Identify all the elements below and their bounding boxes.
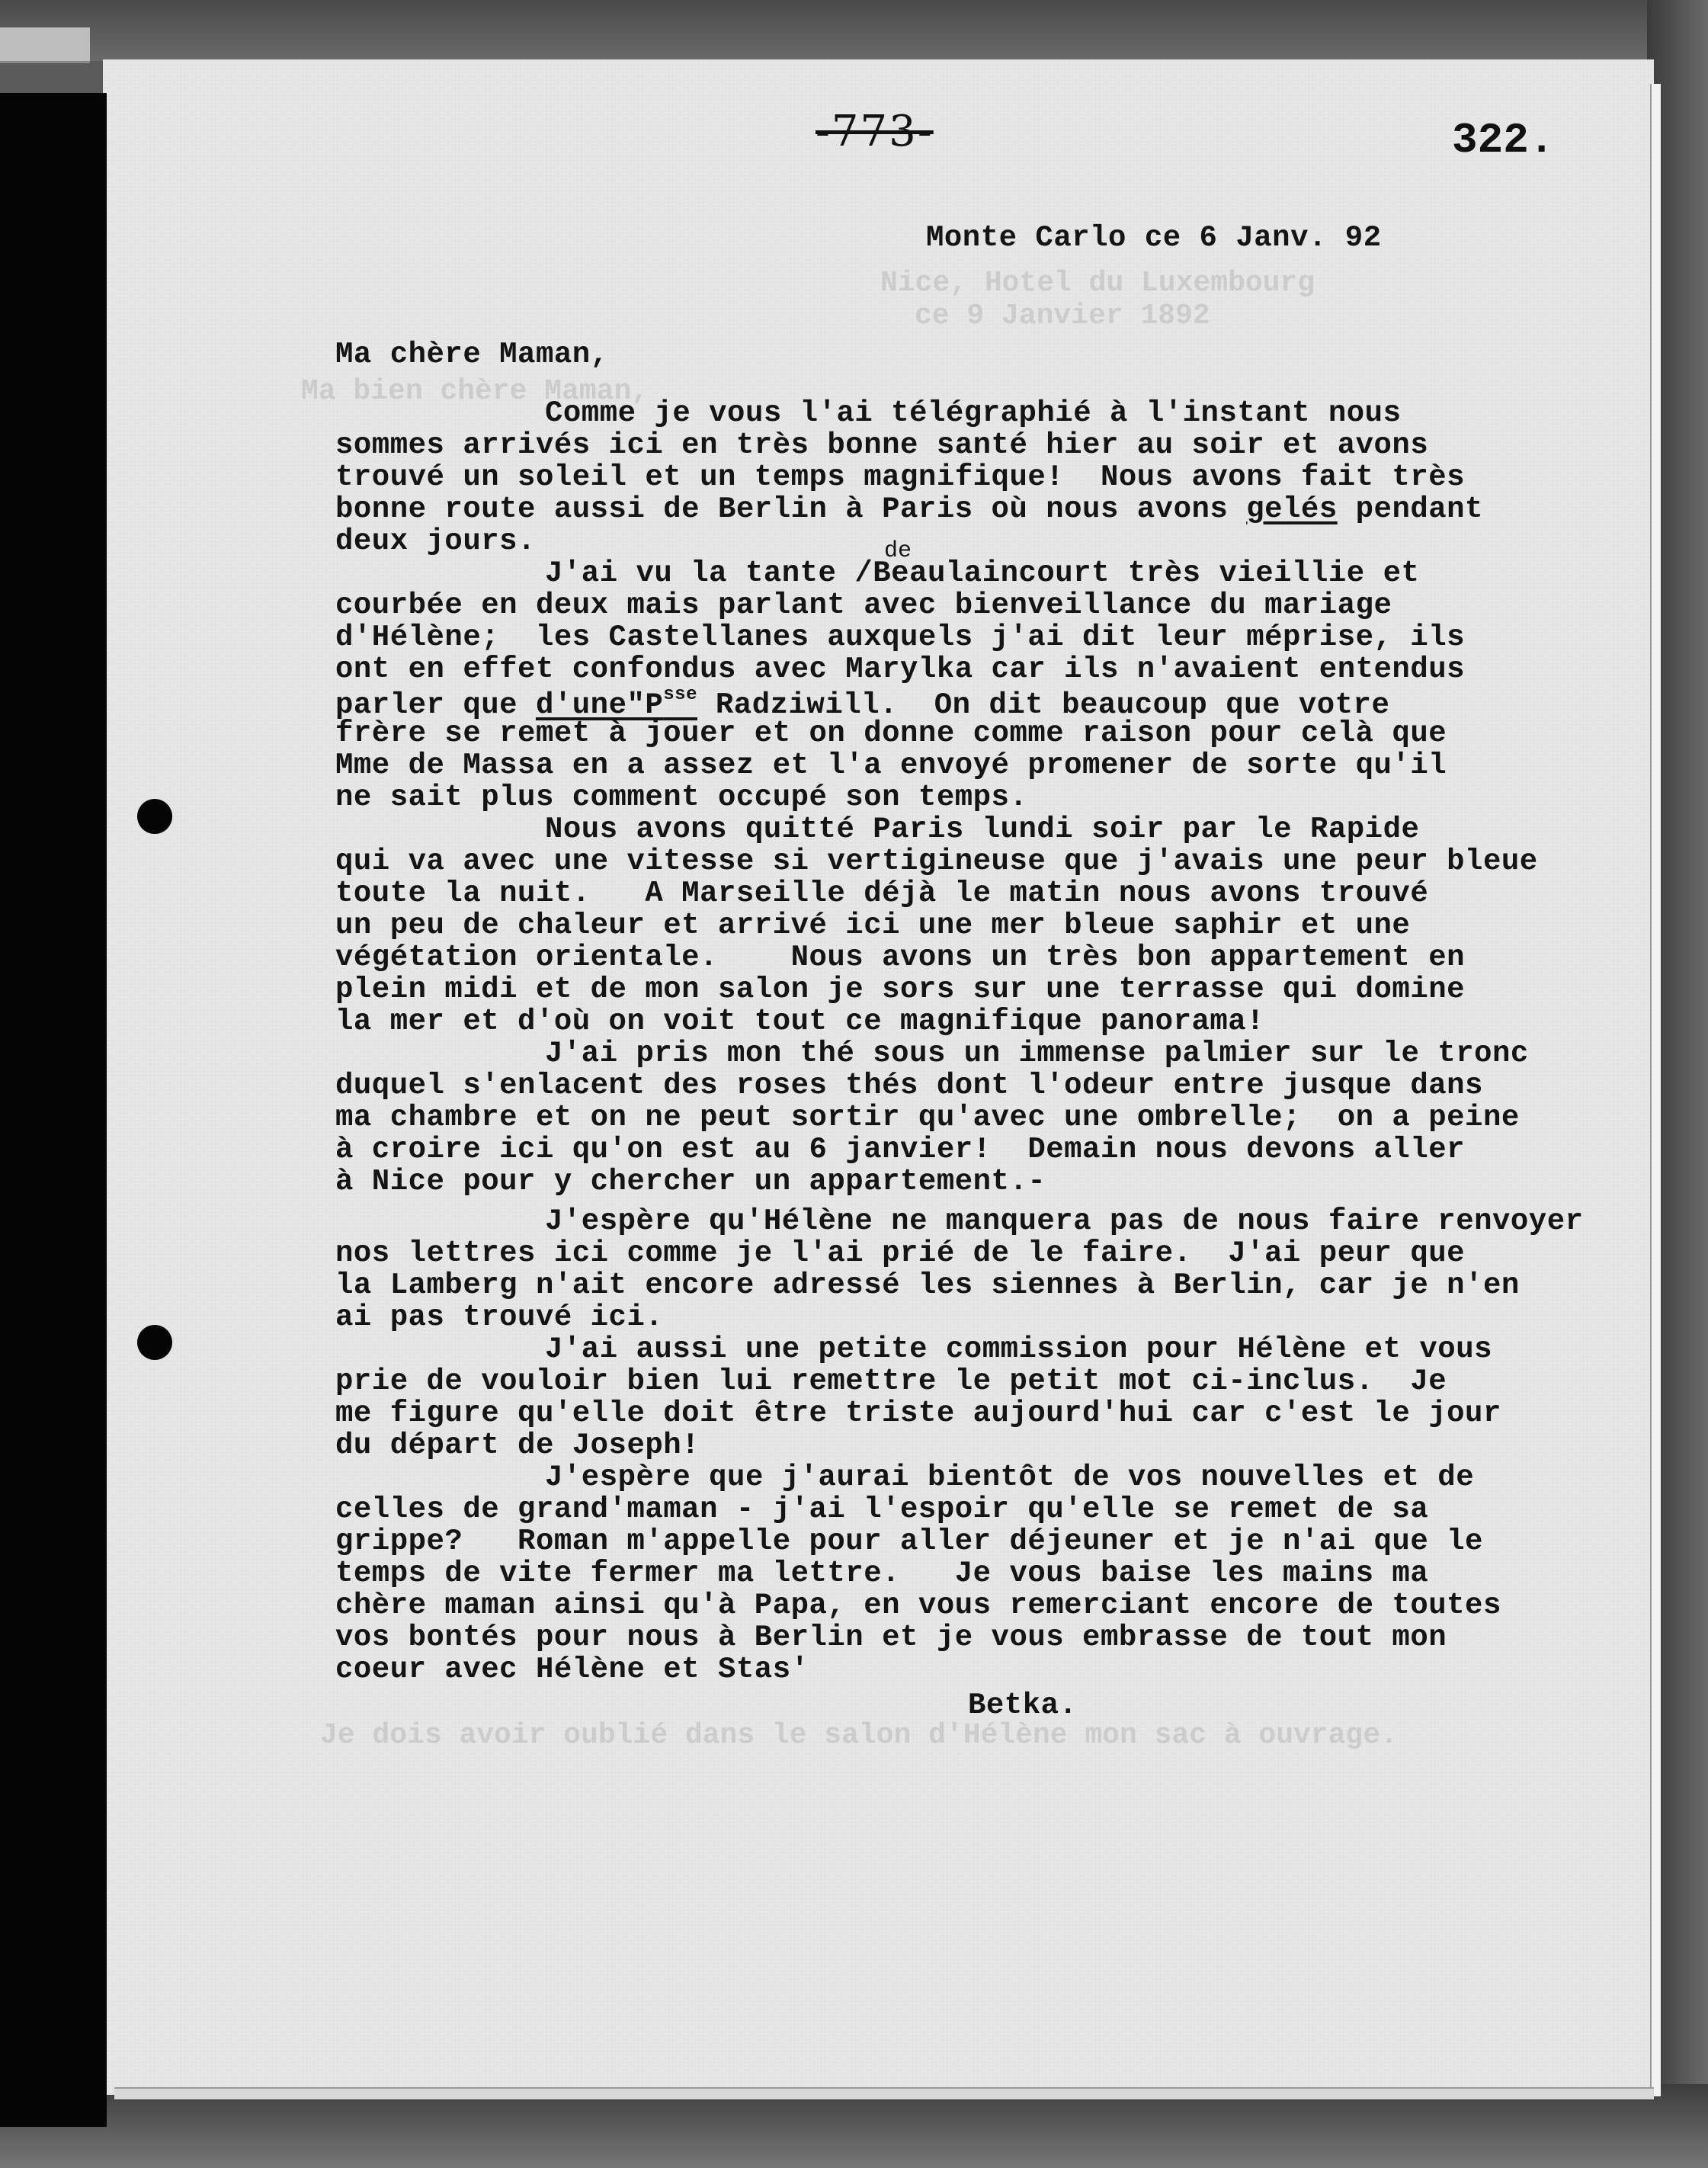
letter-line: duquel s'enlacent des roses thés dont l'…: [335, 1069, 1483, 1102]
letter-line: temps de vite fermer ma lettre. Je vous …: [335, 1557, 1428, 1590]
page-bottom-edge: [114, 2087, 1654, 2099]
letter-line: J'ai aussi une petite commission pour Hé…: [545, 1333, 1492, 1366]
dateline: Monte Carlo ce 6 Janv. 92: [926, 221, 1382, 255]
letter-line: la mer et d'où on voit tout ce magnifiqu…: [335, 1005, 1264, 1038]
letter-line: végétation orientale. Nous avons un très…: [335, 941, 1465, 974]
letter-line: qui va avec une vitesse si vertigineuse …: [335, 845, 1538, 878]
binder-spine: [0, 93, 107, 2127]
punch-hole-upper: [137, 799, 172, 834]
letter-line: J'espère que j'aurai bientôt de vos nouv…: [545, 1461, 1474, 1494]
letter-line: courbée en deux mais parlant avec bienve…: [335, 589, 1392, 622]
bleedthrough-address-1: Nice, Hotel du Luxembourg: [880, 267, 1315, 300]
letter-line: frère se remet à jouer et on donne comme…: [335, 717, 1447, 750]
bleedthrough-address-2: ce 9 Janvier 1892: [915, 300, 1210, 332]
underlined-word: gelés: [1246, 492, 1338, 526]
letter-line: coeur avec Hélène et Stas': [335, 1653, 809, 1686]
punch-hole-lower: [137, 1325, 172, 1360]
letter-line: Mme de Massa en a assez et l'a envoyé pr…: [335, 749, 1447, 782]
bleedthrough-postscript: Je dois avoir oublié dans le salon d'Hél…: [320, 1719, 1398, 1752]
letter-line: chère maman ainsi qu'à Papa, en vous rem…: [335, 1589, 1501, 1622]
letter-line: grippe? Roman m'appelle pour aller déjeu…: [335, 1525, 1483, 1558]
letter-line: deux jours.: [335, 524, 536, 558]
letter-line: prie de vouloir bien lui remettre le pet…: [335, 1365, 1447, 1398]
letter-line: ma chambre et on ne peut sortir qu'avec …: [335, 1101, 1520, 1134]
letter-line: bonne route aussi de Berlin à Paris où n…: [335, 492, 1483, 526]
letter-line: ont en effet confondus avec Marylka car …: [335, 653, 1465, 686]
scan-background-top: [0, 0, 1708, 61]
letter-line: me figure qu'elle doit être triste aujou…: [335, 1397, 1501, 1430]
letter-line: Nous avons quitté Paris lundi soir par l…: [545, 813, 1419, 846]
letter-line: J'ai vu la tante /Beaulaincourt très vie…: [545, 556, 1419, 590]
folio-number-handwritten: -773-: [816, 107, 934, 156]
letter-line: ne sait plus comment occupé son temps.: [335, 781, 1027, 814]
letter-line: nos lettres ici comme je l'ai prié de le…: [335, 1236, 1465, 1270]
letter-line: Comme je vous l'ai télégraphié à l'insta…: [545, 396, 1401, 430]
letter-line: celles de grand'maman - j'ai l'espoir qu…: [335, 1493, 1428, 1526]
letter-line: J'espère qu'Hélène ne manquera pas de no…: [545, 1204, 1584, 1238]
letter-line: à Nice pour y chercher un appartement.-: [335, 1165, 1046, 1198]
letter-line: du départ de Joseph!: [335, 1429, 700, 1462]
letter-line: J'ai pris mon thé sous un immense palmie…: [545, 1037, 1529, 1070]
letter-line: ai pas trouvé ici.: [335, 1300, 663, 1334]
letter-line: à croire ici qu'on est au 6 janvier! Dem…: [335, 1133, 1465, 1166]
signature: Betka.: [968, 1689, 1077, 1722]
letter-line: vos bontés pour nous à Berlin et je vous…: [335, 1621, 1447, 1654]
letter-line: trouvé un soleil et un temps magnifique!…: [335, 460, 1465, 494]
folio-number-typed: 322.: [1452, 116, 1554, 165]
page-right-edge: [1650, 84, 1661, 2096]
letter-line: plein midi et de mon salon je sors sur u…: [335, 973, 1465, 1006]
salutation: Ma chère Maman,: [335, 338, 609, 371]
letter-line: toute la nuit. A Marseille déjà le matin…: [335, 877, 1428, 910]
letter-line: un peu de chaleur et arrivé ici une mer …: [335, 909, 1410, 942]
binder-clip: [0, 27, 90, 63]
letter-line: d'Hélène; les Castellanes auxquels j'ai …: [335, 621, 1465, 654]
letter-line: sommes arrivés ici en très bonne santé h…: [335, 428, 1428, 462]
letter-line: la Lamberg n'ait encore adressé les sien…: [335, 1268, 1520, 1302]
